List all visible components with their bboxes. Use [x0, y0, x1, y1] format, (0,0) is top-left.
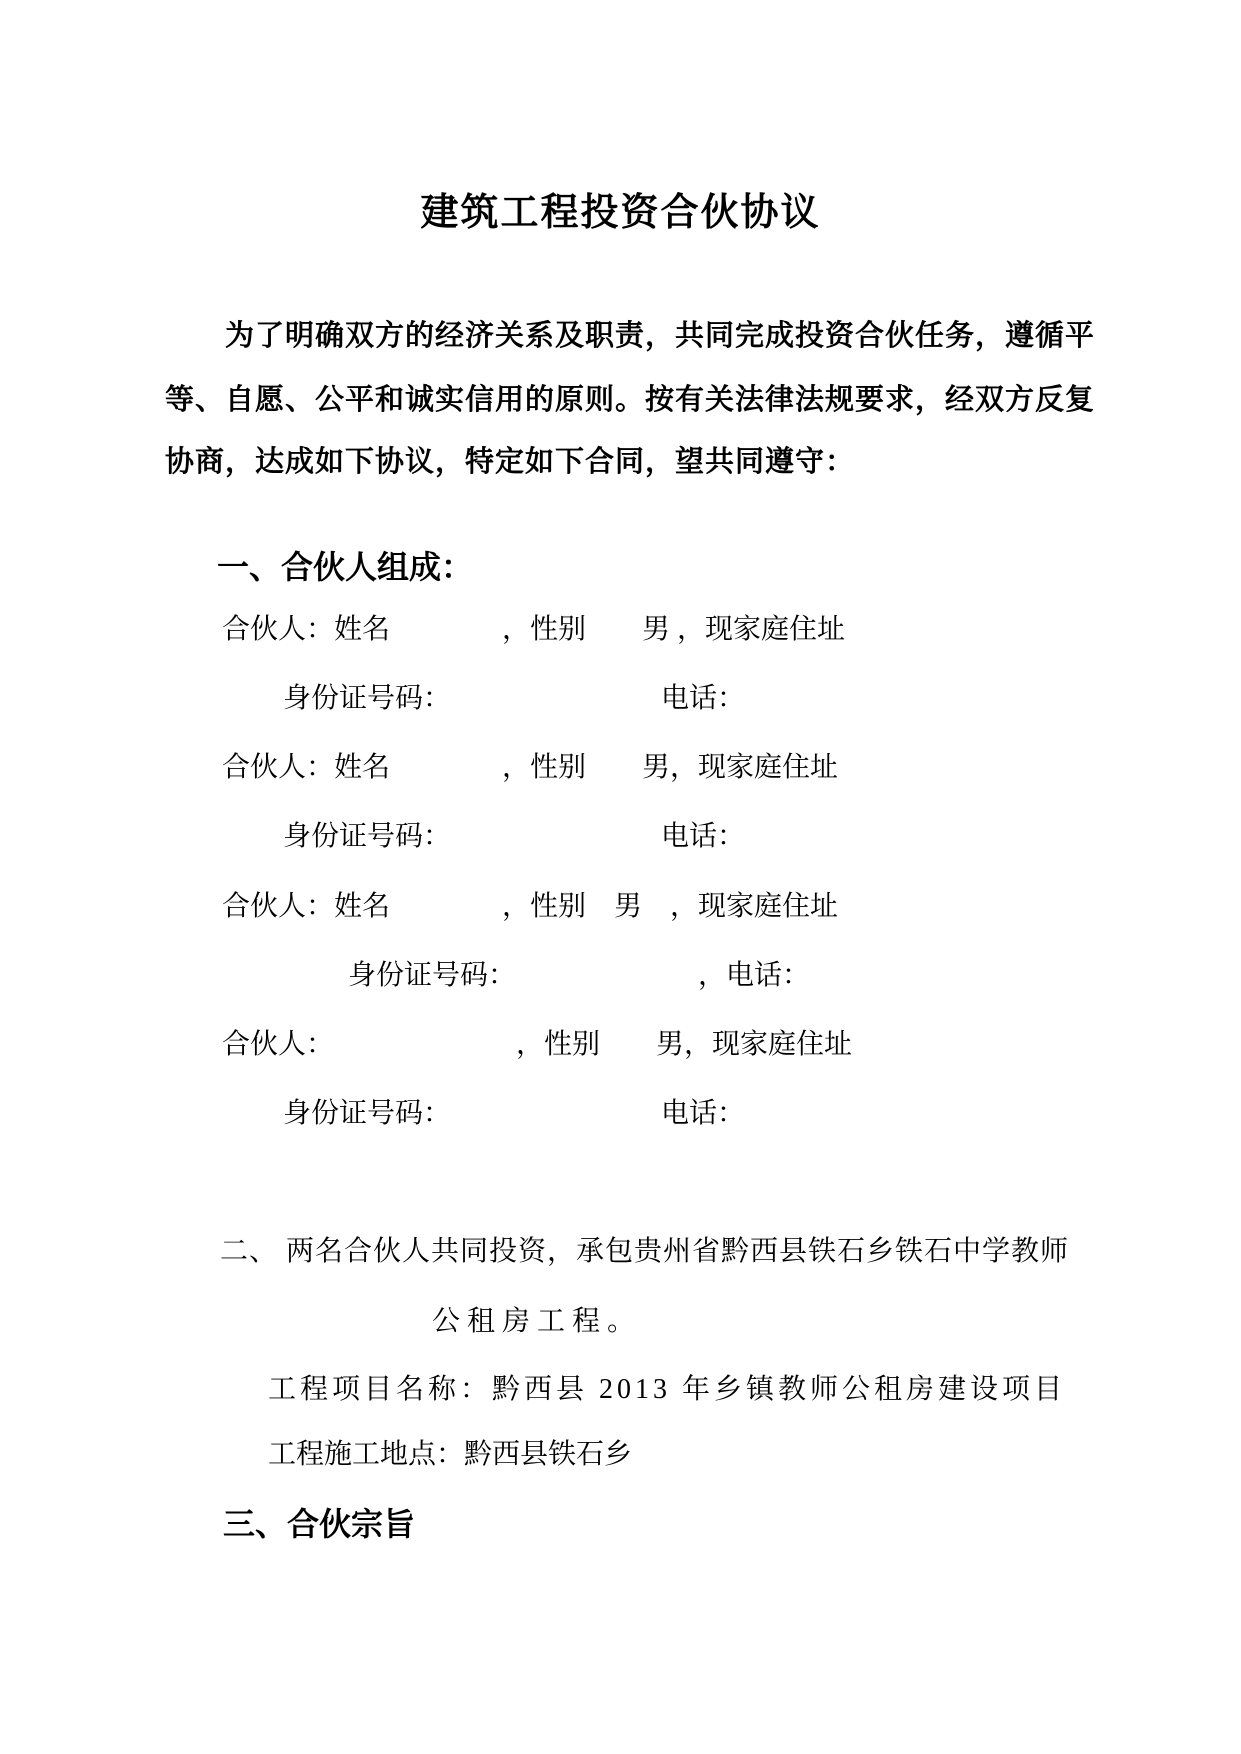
section-3-heading: 三、合伙宗旨 [223, 1508, 415, 1540]
partner-1-id-phone: 身份证号码： 电话： [283, 685, 745, 713]
partner-3-info: 合伙人：姓名 ，性别 男 ，现家庭住址 [222, 893, 838, 921]
intro-line-1: 为了明确双方的经济关系及职责，共同完成投资合伙任务，遵循平 [225, 322, 1095, 351]
partner-1-info: 合伙人：姓名 ，性别 男 ，现家庭住址 [222, 616, 845, 644]
section-2-location: 工程施工地点：黔西县铁石乡 [268, 1441, 632, 1469]
partner-2-id-phone: 身份证号码： 电话： [283, 823, 745, 851]
intro-line-3: 协商，达成如下协议，特定如下合同，望共同遵守： [165, 448, 855, 477]
document-page: 建筑工程投资合伙协议 为了明确双方的经济关系及职责，共同完成投资合伙任务，遵循平… [0, 0, 1241, 1754]
document-title: 建筑工程投资合伙协议 [0, 194, 1241, 232]
section-2-line-2: 公租房工程。 [432, 1308, 642, 1336]
section-2-project-name: 工程项目名称：黔西县 2013 年乡镇教师公租房建设项目 [268, 1376, 1066, 1404]
partner-4-id-phone: 身份证号码： 电话： [283, 1100, 745, 1128]
section-2-line-1: 二、 两名合伙人共同投资，承包贵州省黔西县铁石乡铁石中学教师 [220, 1238, 1069, 1266]
partner-3-id-phone: 身份证号码： ，电话： [348, 962, 810, 990]
partner-4-info: 合伙人： ，性别 男，现家庭住址 [222, 1031, 852, 1059]
partner-2-info: 合伙人：姓名 ，性别 男，现家庭住址 [222, 754, 838, 782]
section-1-heading: 一、合伙人组成： [217, 551, 473, 583]
intro-line-2: 等、自愿、公平和诚实信用的原则。按有关法律法规要求，经双方反复 [165, 386, 1095, 415]
